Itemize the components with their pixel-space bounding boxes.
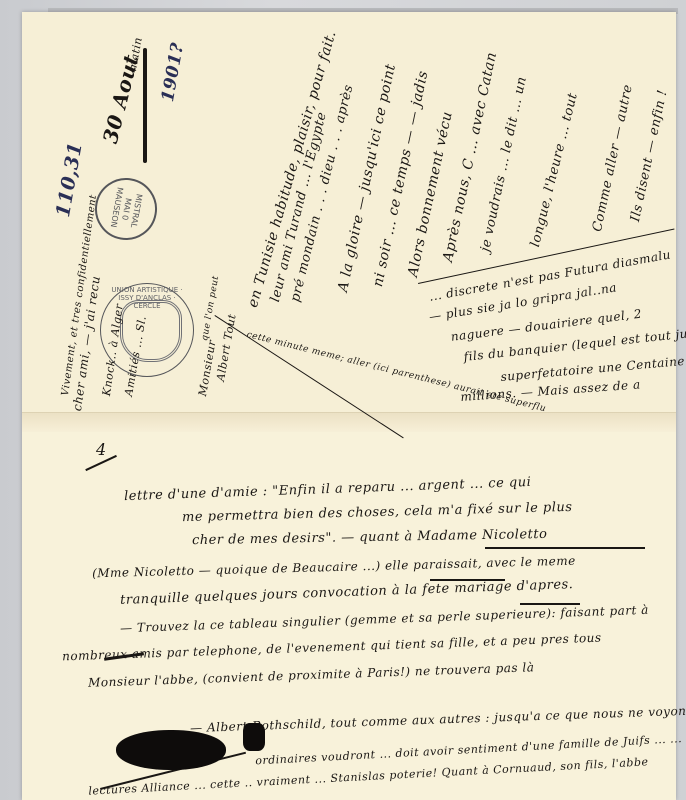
- date-divider: [143, 48, 147, 163]
- underline-nicoletto: [485, 547, 645, 549]
- paper-fold: [22, 412, 676, 433]
- ink-blot-small: [243, 723, 265, 751]
- ink-blot-redaction: [116, 730, 226, 770]
- page-number: 4: [96, 440, 107, 459]
- underline-paraissait: [430, 579, 505, 581]
- underline-mariage: [520, 603, 580, 605]
